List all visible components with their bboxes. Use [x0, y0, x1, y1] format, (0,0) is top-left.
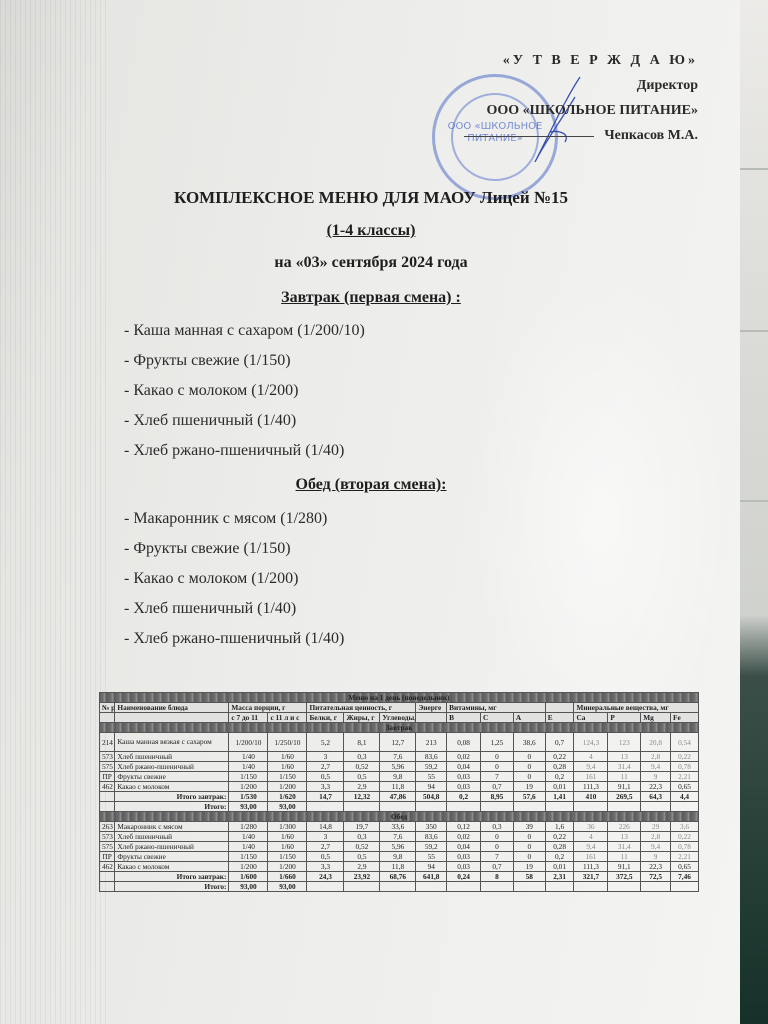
table-cell: 213 [416, 733, 447, 752]
table-cell: Хлеб ржано-пшеничный [115, 762, 229, 772]
table-cell: 9 [641, 852, 671, 862]
header-nutrition: Питательная ценность, г [307, 703, 416, 713]
table-cell: 0,54 [671, 733, 699, 752]
table-cell: 0 [481, 842, 514, 852]
total-cell: 4,4 [671, 792, 699, 802]
table-cell: 7,6 [380, 832, 416, 842]
table-cell: 29 [641, 822, 671, 832]
list-item: - Фрукты свежие (1/150) [124, 534, 344, 564]
total-cell: 68,76 [380, 872, 416, 882]
table-cell: 5,96 [380, 762, 416, 772]
table-cell: 2,7 [307, 762, 344, 772]
table-cell: 0,5 [307, 852, 344, 862]
header-num: № ре [100, 703, 115, 713]
table-cell: 7 [481, 772, 514, 782]
table-cell: 22,3 [641, 862, 671, 872]
table-cell: 0,22 [671, 832, 699, 842]
table-cell: 1/60 [268, 842, 307, 852]
table-cell: 575 [100, 842, 115, 852]
table-row: 462Какао с молоком1/2001/2003,32,911,894… [100, 862, 699, 872]
table-cell: 2,9 [344, 782, 380, 792]
total-cell: 8,95 [481, 792, 514, 802]
table-cell: 0,04 [447, 762, 481, 772]
total-cell: 23,92 [344, 872, 380, 882]
table-cell: 0,65 [671, 862, 699, 872]
table-cell: 0,03 [447, 862, 481, 872]
table-row: ПРФрукты свежие1/1501/1500,50,59,8550,03… [100, 852, 699, 862]
wall-background [740, 0, 768, 1024]
total-cell: 2,31 [545, 872, 574, 882]
section-header: Завтрак [100, 723, 699, 733]
table-cell: 31,4 [608, 762, 641, 772]
list-item: - Хлеб пшеничный (1/40) [124, 406, 365, 436]
table-cell: 263 [100, 822, 115, 832]
table-cell: 19 [513, 782, 545, 792]
sum-cell: Итого: [115, 802, 229, 812]
table-cell: 20,8 [641, 733, 671, 752]
total-cell: 64,3 [641, 792, 671, 802]
total-cell: 641,8 [416, 872, 447, 882]
list-item: - Какао с молоком (1/200) [124, 564, 344, 594]
table-cell: 0,5 [307, 772, 344, 782]
header-vit-a: A [513, 713, 545, 723]
date-label: на «03» сентября 2024 года [0, 254, 742, 272]
position-label: Директор [464, 73, 698, 98]
table-cell: 11,8 [380, 782, 416, 792]
list-item: - Хлеб ржано-пшеничный (1/40) [124, 624, 344, 654]
table-cell: 0 [481, 752, 514, 762]
total-cell: 372,5 [608, 872, 641, 882]
table-cell: 1/200 [229, 782, 268, 792]
total-cell: 1,41 [545, 792, 574, 802]
table-cell: 0,02 [447, 832, 481, 842]
list-item: - Хлеб пшеничный (1/40) [124, 594, 344, 624]
table-cell: 4 [574, 752, 608, 762]
table-cell: 0,22 [671, 752, 699, 762]
total-row: Итого завтрак:1/5301/62014,712,3247,8650… [100, 792, 699, 802]
table-row: 573Хлеб пшеничный1/401/6030,37,683,60,02… [100, 832, 699, 842]
table-cell: 2,21 [671, 772, 699, 782]
table-cell: 94 [416, 782, 447, 792]
table-cell: 2,8 [641, 752, 671, 762]
table-cell: 11 [608, 772, 641, 782]
table-cell: 12,7 [380, 733, 416, 752]
table-cell: 3 [307, 752, 344, 762]
list-item: - Какао с молоком (1/200) [124, 376, 365, 406]
table-cell: 0,65 [671, 782, 699, 792]
table-cell: 0 [513, 832, 545, 842]
table-row: 263Макаронник с мясом1/2801/30014,819,73… [100, 822, 699, 832]
table-cell: 462 [100, 782, 115, 792]
table-cell: 9,4 [574, 762, 608, 772]
total-cell: Итого завтрак: [115, 792, 229, 802]
table-cell: 0,3 [344, 752, 380, 762]
table-cell: 1/150 [229, 852, 268, 862]
sum-cell: Итого: [115, 882, 229, 892]
page-title: КОМПЛЕКСНОЕ МЕНЮ ДЛЯ МАОУ Лицей №15 [0, 188, 742, 208]
table-cell: Хлеб пшеничный [115, 752, 229, 762]
table-cell: 1/200 [268, 862, 307, 872]
table-cell: 9,4 [641, 842, 671, 852]
table-cell: 9,8 [380, 772, 416, 782]
table-cell: 573 [100, 832, 115, 842]
table-cell: 1/300 [268, 822, 307, 832]
table-cell: 0,01 [545, 782, 574, 792]
table-cell: 0,78 [671, 842, 699, 852]
table-cell: 0,03 [447, 782, 481, 792]
table-cell: 0,01 [545, 862, 574, 872]
table-cell: Хлеб пшеничный [115, 832, 229, 842]
header-name: Наименование блюда [115, 703, 229, 713]
table-cell: ПР [100, 852, 115, 862]
table-cell: 11 [608, 852, 641, 862]
table-row: 575Хлеб ржано-пшеничный1/401/602,70,525,… [100, 842, 699, 852]
approval-block: «У Т В Е Р Ж Д А Ю» Директор ООО «ШКОЛЬН… [464, 48, 698, 148]
table-cell: Каша манная вязкая с сахаром [115, 733, 229, 752]
table-cell: 0,7 [481, 862, 514, 872]
table-cell: Макаронник с мясом [115, 822, 229, 832]
table-cell: 1/280 [229, 822, 268, 832]
total-cell: 1/620 [268, 792, 307, 802]
table-row: 575Хлеб ржано-пшеничный1/401/602,70,525,… [100, 762, 699, 772]
total-cell: 24,3 [307, 872, 344, 882]
table-cell: 0 [513, 772, 545, 782]
table-cell: 13 [608, 752, 641, 762]
table-cell: ПР [100, 772, 115, 782]
header-p: P [608, 713, 641, 723]
table-cell: 1/60 [268, 832, 307, 842]
header-vit-b: B [447, 713, 481, 723]
list-item: - Хлеб ржано-пшеничный (1/40) [124, 436, 365, 466]
table-cell: 39 [513, 822, 545, 832]
table-cell: 9,4 [641, 762, 671, 772]
table-cell: 14,8 [307, 822, 344, 832]
table-row: ПРФрукты свежие1/1501/1500,50,59,8550,03… [100, 772, 699, 782]
table-cell: 124,3 [574, 733, 608, 752]
table-cell: 350 [416, 822, 447, 832]
table-cell: 0,52 [344, 762, 380, 772]
table-cell: 2,21 [671, 852, 699, 862]
grades-label: (1-4 классы) [0, 222, 742, 240]
table-cell: 214 [100, 733, 115, 752]
total-cell: 1/600 [229, 872, 268, 882]
table-cell: 3 [307, 832, 344, 842]
table-cell: 573 [100, 752, 115, 762]
table-cell: Какао с молоком [115, 782, 229, 792]
table-caption: Меню на 1 день (понедельник) [100, 693, 699, 703]
table-cell: 462 [100, 862, 115, 872]
table-cell: 0,28 [545, 842, 574, 852]
table-cell: 11,8 [380, 862, 416, 872]
total-cell: 1/660 [268, 872, 307, 882]
sum-cell: 93,00 [229, 882, 268, 892]
table-cell: 55 [416, 852, 447, 862]
table-cell: 19 [513, 862, 545, 872]
table-cell: 0,08 [447, 733, 481, 752]
table-cell: 7,6 [380, 752, 416, 762]
table-cell: 13 [608, 832, 641, 842]
total-cell: 0,2 [447, 792, 481, 802]
header-vit-c: C [481, 713, 514, 723]
table-cell: 2,7 [307, 842, 344, 852]
table-cell: 161 [574, 852, 608, 862]
table-cell: 2,9 [344, 862, 380, 872]
table-cell: 4 [574, 832, 608, 842]
total-cell: 8 [481, 872, 514, 882]
table-row: 462Какао с молоком1/2001/2003,32,911,894… [100, 782, 699, 792]
header-mass: Масса порции, г [229, 703, 307, 713]
sum-row: Итого:93,0093,00 [100, 802, 699, 812]
sum-cell: 93,00 [268, 802, 307, 812]
table-cell: 5,96 [380, 842, 416, 852]
header-minerals: Минеральные вещества, мг [574, 703, 699, 713]
table-cell: 83,6 [416, 832, 447, 842]
total-cell: Итого завтрак: [115, 872, 229, 882]
table-cell: 91,1 [608, 782, 641, 792]
table-cell: 31,4 [608, 842, 641, 852]
table-cell: 1/150 [229, 772, 268, 782]
sum-cell: 93,00 [268, 882, 307, 892]
table-row: 573Хлеб пшеничный1/401/6030,37,683,60,02… [100, 752, 699, 762]
table-cell: 3,3 [307, 862, 344, 872]
total-cell: 14,7 [307, 792, 344, 802]
table-cell: 0,52 [344, 842, 380, 852]
table-cell: 161 [574, 772, 608, 782]
table-cell: 1/150 [268, 772, 307, 782]
sum-row: Итого:93,0093,00 [100, 882, 699, 892]
total-cell: 269,5 [608, 792, 641, 802]
table-cell: 0,2 [545, 852, 574, 862]
table-cell: Хлеб ржано-пшеничный [115, 842, 229, 852]
total-cell: 1/530 [229, 792, 268, 802]
header-vitamins: Витамины, мг [447, 703, 546, 713]
table-cell: 0 [513, 852, 545, 862]
table-cell: 1/60 [268, 762, 307, 772]
table-cell: 1/200 [268, 782, 307, 792]
total-cell: 321,7 [574, 872, 608, 882]
header-mass-b: с 11 л и с [268, 713, 307, 723]
table-cell: 0,03 [447, 772, 481, 782]
table-cell: 0,22 [545, 752, 574, 762]
header-protein: Белки, г [307, 713, 344, 723]
header-fe: Fe [671, 713, 699, 723]
table-cell: 0 [513, 762, 545, 772]
total-cell: 72,5 [641, 872, 671, 882]
table-cell: 1/60 [268, 752, 307, 762]
table-cell: 0,7 [481, 782, 514, 792]
table-cell: 0,03 [447, 852, 481, 862]
table-cell: 0 [513, 842, 545, 852]
section-header: Обед [100, 812, 699, 822]
table-cell: 2,8 [641, 832, 671, 842]
menu-document: ООО «ШКОЛЬНОЕ ПИТАНИЕ» «У Т В Е Р Ж Д А … [0, 0, 742, 1024]
table-cell: 22,3 [641, 782, 671, 792]
total-cell: 0,24 [447, 872, 481, 882]
table-cell: 8,1 [344, 733, 380, 752]
table-cell: 111,3 [574, 862, 608, 872]
header-vit-e: E [545, 713, 574, 723]
table-cell: 1/200/10 [229, 733, 268, 752]
total-cell: 47,86 [380, 792, 416, 802]
table-cell: 0,78 [671, 762, 699, 772]
table-cell: 0,3 [481, 822, 514, 832]
total-cell: 58 [513, 872, 545, 882]
table-cell: 575 [100, 762, 115, 772]
table-cell: 0,7 [545, 733, 574, 752]
breakfast-title: Завтрак (первая смена) : [0, 289, 742, 307]
table-cell: 9,8 [380, 852, 416, 862]
table-cell: 3,3 [307, 782, 344, 792]
table-cell: 9,4 [574, 842, 608, 852]
table-cell: 0 [481, 832, 514, 842]
table-cell: 1/40 [229, 842, 268, 852]
total-cell: 57,6 [513, 792, 545, 802]
header-fat: Жиры, г [344, 713, 380, 723]
total-cell: 7,46 [671, 872, 699, 882]
total-row: Итого завтрак:1/6001/66024,323,9268,7664… [100, 872, 699, 882]
table-cell: 0,22 [545, 832, 574, 842]
lunch-title: Обед (вторая смена): [0, 476, 742, 494]
table-cell: 55 [416, 772, 447, 782]
table-cell: 0,02 [447, 752, 481, 762]
table-cell: 111,3 [574, 782, 608, 792]
table-cell: 3,6 [671, 822, 699, 832]
nutrition-table: Меню на 1 день (понедельник) № ре Наимен… [99, 692, 699, 892]
table-cell: 1,6 [545, 822, 574, 832]
table-cell: 1/40 [229, 832, 268, 842]
table-cell: 226 [608, 822, 641, 832]
table-cell: 83,6 [416, 752, 447, 762]
table-row: 214Каша манная вязкая с сахаром1/200/101… [100, 733, 699, 752]
list-item: - Макаронник с мясом (1/280) [124, 504, 344, 534]
table-cell: 1/150 [268, 852, 307, 862]
table-cell: Фрукты свежие [115, 772, 229, 782]
table-cell: 38,6 [513, 733, 545, 752]
total-cell: 410 [574, 792, 608, 802]
table-cell: 59,2 [416, 762, 447, 772]
table-cell: Фрукты свежие [115, 852, 229, 862]
table-cell: 0,2 [545, 772, 574, 782]
table-cell: 36 [574, 822, 608, 832]
list-item: - Фрукты свежие (1/150) [124, 346, 365, 376]
table-cell: 7 [481, 852, 514, 862]
table-cell: 1/250/10 [268, 733, 307, 752]
signer-name: Чепкасов М.А. [604, 128, 698, 143]
total-cell: 504,8 [416, 792, 447, 802]
table-cell: 0,04 [447, 842, 481, 852]
header-carb: Углеводы, г [380, 713, 416, 723]
signature-line [464, 136, 594, 137]
header-energy: Энерге [416, 703, 447, 713]
table-cell: 0,12 [447, 822, 481, 832]
table-cell: 9 [641, 772, 671, 782]
total-cell: 12,32 [344, 792, 380, 802]
org-label: ООО «ШКОЛЬНОЕ ПИТАНИЕ» [464, 98, 698, 123]
table-cell: 0 [513, 752, 545, 762]
lunch-list: - Макаронник с мясом (1/280) - Фрукты св… [124, 504, 344, 654]
table-cell: Какао с молоком [115, 862, 229, 872]
table-cell: 1/40 [229, 762, 268, 772]
table-cell: 5,2 [307, 733, 344, 752]
header-mg: Mg [641, 713, 671, 723]
table-cell: 0,3 [344, 832, 380, 842]
header-mass-a: с 7 до 11 [229, 713, 268, 723]
table-cell: 123 [608, 733, 641, 752]
breakfast-list: - Каша манная с сахаром (1/200/10) - Фру… [124, 316, 365, 466]
table-cell: 0,5 [344, 772, 380, 782]
table-cell: 91,1 [608, 862, 641, 872]
table-cell: 0 [481, 762, 514, 772]
header-ca: Ca [574, 713, 608, 723]
sum-cell: 93,00 [229, 802, 268, 812]
approve-label: «У Т В Е Р Ж Д А Ю» [464, 48, 698, 73]
table-cell: 33,6 [380, 822, 416, 832]
table-cell: 19,7 [344, 822, 380, 832]
table-cell: 0,5 [344, 852, 380, 862]
table-cell: 1/200 [229, 862, 268, 872]
table-cell: 1/40 [229, 752, 268, 762]
table-cell: 0,28 [545, 762, 574, 772]
table-cell: 1,25 [481, 733, 514, 752]
table-cell: 94 [416, 862, 447, 872]
list-item: - Каша манная с сахаром (1/200/10) [124, 316, 365, 346]
table-cell: 59,2 [416, 842, 447, 852]
